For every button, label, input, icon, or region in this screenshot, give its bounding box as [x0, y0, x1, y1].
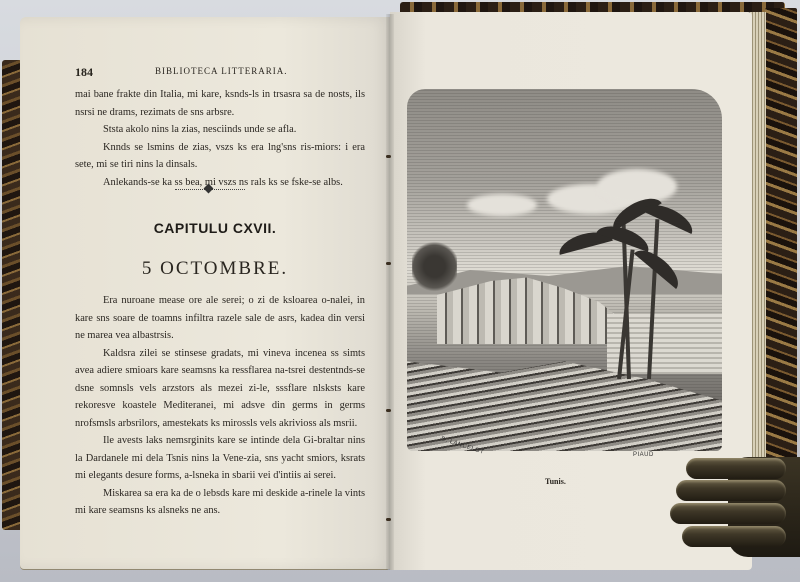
binding-stitch — [386, 155, 391, 158]
paragraph: Knnds se lsmins de zias, vszs ks era lng… — [75, 139, 365, 174]
chapter-heading: CAPITULU CXVII. — [60, 220, 370, 236]
engraving-cloud — [467, 194, 537, 216]
illustration-caption: Tunis. — [545, 477, 566, 486]
tunis-engraving — [407, 89, 722, 451]
paragraph: Ile avests laks nemsrginits kare se inti… — [75, 432, 365, 485]
hand-finger — [670, 503, 786, 524]
chapter-text-block: Era nuroane mease ore ale serei; o zi de… — [75, 292, 365, 520]
opening-text-block: mai bane frakte din Italia, mi kare, ksn… — [75, 86, 365, 191]
binding-stitch — [386, 409, 391, 412]
book-gutter — [386, 14, 394, 570]
engraver-signature: PIAUD — [633, 452, 654, 458]
chapter-date: 5 OCTOMBRE. — [60, 258, 370, 280]
binding-stitch — [386, 518, 391, 521]
engraving-tree — [412, 239, 457, 294]
paragraph: Ststa akolo nins la zias, nesciinds unde… — [75, 121, 365, 139]
hand-finger — [676, 480, 786, 501]
bronze-hand-weight — [668, 452, 800, 557]
hand-finger — [682, 526, 786, 547]
paragraph: Kaldsra zilei se stinsese gradats, mi vi… — [75, 345, 365, 433]
paragraph: Miskarea sa era ka de o lebsds kare mi d… — [75, 485, 365, 520]
hand-finger — [686, 458, 786, 479]
page-number: 184 — [75, 65, 93, 80]
binding-stitch — [386, 262, 391, 265]
engraving-cloud — [597, 169, 677, 204]
running-title: BIBLIOTECA LITTERARIA. — [155, 66, 288, 76]
paragraph: mai bane frakte din Italia, mi kare, ksn… — [75, 86, 365, 121]
paragraph: Era nuroane mease ore ale serei; o zi de… — [75, 292, 365, 345]
